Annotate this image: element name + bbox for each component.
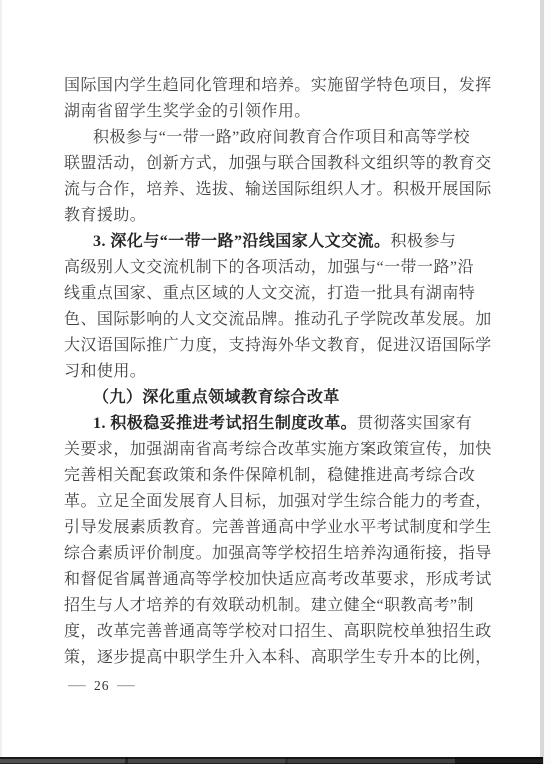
text-line: 色、国际影响的人文交流品牌。推动孔子学院改革发展。加 — [64, 307, 494, 333]
text-segment: 湖南省留学生奖学金的引领作用。 — [64, 103, 311, 120]
text-line: 联盟活动，创新方式，加强与联合国教科文组织等的教育交 — [64, 151, 494, 177]
text-line: 招生与人才培养的有效联动机制。建立健全“职教高考”制 — [64, 593, 494, 619]
text-segment: 线重点国家、重点区域的人文交流，打造一批具有湖南特 — [64, 285, 475, 302]
text-line: 湖南省留学生奖学金的引领作用。 — [64, 99, 494, 125]
text-block: 国际国内学生趋同化管理和培养。实施留学特色项目，发挥湖南省留学生奖学金的引领作用… — [64, 73, 494, 671]
text-line: 和督促省属普通高等学校加快适应高考改革要求，形成考试 — [64, 567, 494, 593]
text-segment: 国际国内学生趋同化管理和培养。实施留学特色项目，发挥 — [64, 77, 492, 94]
page-number: 26 — [94, 678, 110, 694]
bold-text-segment: 1. 积极稳妥推进考试招生制度改革。 — [93, 415, 357, 432]
text-line: 策，逐步提高中职学生升入本科、高职学生专升本的比例， — [64, 645, 494, 671]
text-line: 引导发展素质教育。完善普通高中学业水平考试制度和学生 — [64, 515, 494, 541]
text-line: 革。立足全面发展育人目标，加强对学生综合能力的考查， — [64, 489, 494, 515]
text-line: 综合素质评价制度。加强高等学校招生培养沟通衔接，指导 — [64, 541, 494, 567]
text-line: 线重点国家、重点区域的人文交流，打造一批具有湖南特 — [64, 281, 494, 307]
text-line: 积极参与“一带一路”政府间教育合作项目和高等学校 — [64, 125, 494, 151]
text-segment: 大汉语国际推广力度，支持海外华文教育，促进汉语国际学 — [64, 337, 492, 354]
text-segment: 习和使用。 — [64, 363, 146, 380]
text-line: 习和使用。 — [64, 359, 494, 385]
text-line: 高级别人文交流机制下的各项活动，加强与“一带一路”沿 — [64, 255, 494, 281]
text-segment: 贯彻落实国家有 — [357, 415, 472, 432]
text-line: 1. 积极稳妥推进考试招生制度改革。贯彻落实国家有 — [64, 411, 494, 437]
scan-bottom-bar — [0, 757, 543, 764]
scanned-document-page: 国际国内学生趋同化管理和培养。实施留学特色项目，发挥湖南省留学生奖学金的引领作用… — [0, 0, 551, 764]
text-line: 教育援助。 — [64, 203, 494, 229]
text-segment: 策，逐步提高中职学生升入本科、高职学生专升本的比例， — [64, 649, 492, 666]
text-segment: 流与合作，培养、选拔、输送国际组织人才。积极开展国际 — [64, 181, 492, 198]
footer-right-dash: — — [117, 678, 136, 694]
text-line: 度，改革完善普通高等学校对口招生、高职院校单独招生政 — [64, 619, 494, 645]
text-segment: 和督促省属普通高等学校加快适应高考改革要求，形成考试 — [64, 571, 492, 588]
text-line: （九）深化重点领域教育综合改革 — [64, 385, 494, 411]
text-segment: 积极参与 — [390, 233, 456, 250]
text-segment: 联盟活动，创新方式，加强与联合国教科文组织等的教育交 — [64, 155, 492, 172]
text-line: 流与合作，培养、选拔、输送国际组织人才。积极开展国际 — [64, 177, 494, 203]
text-line: 关要求，加强湖南省高考综合改革实施方案政策宣传，加快 — [64, 437, 494, 463]
text-segment: 革。立足全面发展育人目标，加强对学生综合能力的考查， — [64, 493, 492, 510]
text-segment: 教育援助。 — [64, 207, 146, 224]
footer-left-dash: — — [68, 678, 87, 694]
scan-edge-right-margin — [544, 0, 551, 764]
scan-edge-left — [0, 0, 2, 764]
text-segment: 综合素质评价制度。加强高等学校招生培养沟通衔接，指导 — [64, 545, 492, 562]
text-segment: 完善相关配套政策和条件保障机制，稳健推进高考综合改 — [64, 467, 475, 484]
text-line: 大汉语国际推广力度，支持海外华文教育，促进汉语国际学 — [64, 333, 494, 359]
text-segment: 招生与人才培养的有效联动机制。建立健全“职教高考”制 — [64, 597, 474, 614]
text-segment: 度，改革完善普通高等学校对口招生、高职院校单独招生政 — [64, 623, 492, 640]
text-line: 3. 深化与“一带一路”沿线国家人文交流。积极参与 — [64, 229, 494, 255]
text-segment: 关要求，加强湖南省高考综合改革实施方案政策宣传，加快 — [64, 441, 492, 458]
text-segment: 色、国际影响的人文交流品牌。推动孔子学院改革发展。加 — [64, 311, 492, 328]
text-line: 完善相关配套政策和条件保障机制，稳健推进高考综合改 — [64, 463, 494, 489]
text-line: 国际国内学生趋同化管理和培养。实施留学特色项目，发挥 — [64, 73, 494, 99]
bold-text-segment: 3. 深化与“一带一路”沿线国家人文交流。 — [93, 233, 390, 250]
text-segment: 积极参与“一带一路”政府间教育合作项目和高等学校 — [93, 129, 470, 146]
text-segment: 引导发展素质教育。完善普通高中学业水平考试制度和学生 — [64, 519, 492, 536]
page-number-footer: — 26 — — [70, 676, 134, 696]
text-segment: 高级别人文交流机制下的各项活动，加强与“一带一路”沿 — [64, 259, 474, 276]
bold-text-segment: （九）深化重点领域教育综合改革 — [93, 389, 340, 406]
